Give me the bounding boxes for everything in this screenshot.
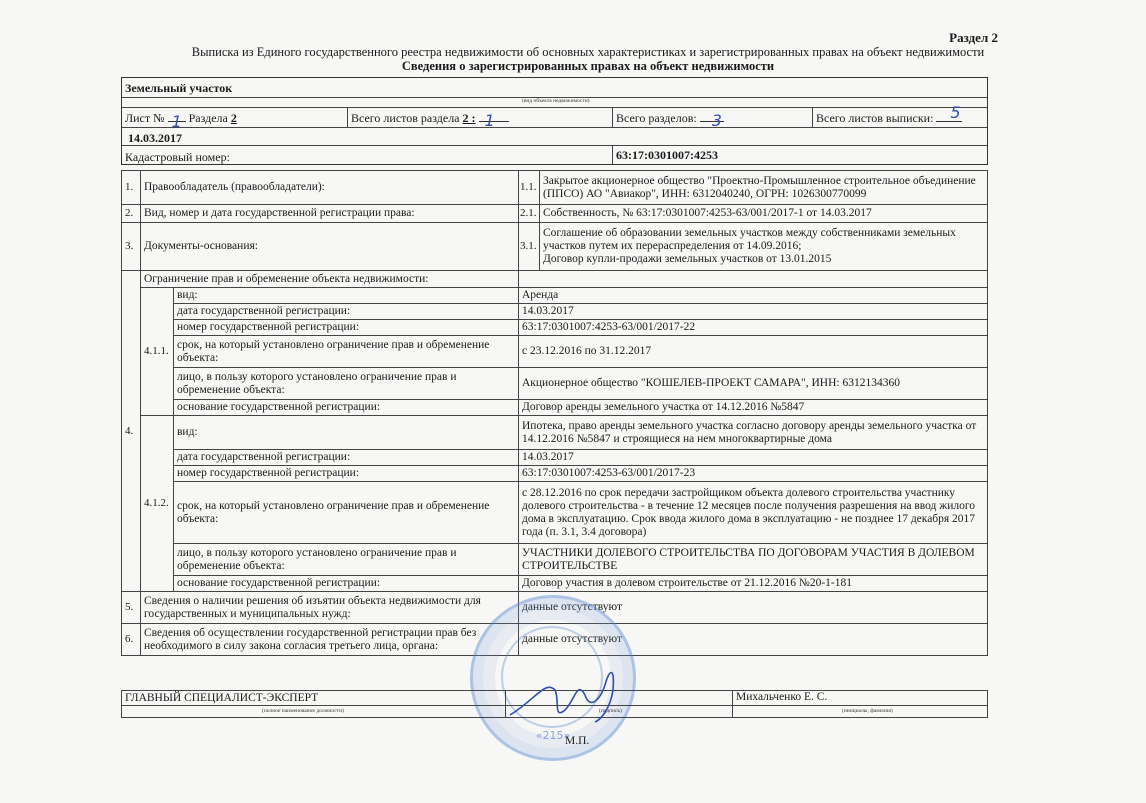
holder-label: Правообладатель (правообладатели): (141, 171, 519, 205)
holder-value: Закрытое акционерное общество "Проектно-… (540, 171, 988, 205)
object-type-caption: (вид объекта недвижимости) (522, 98, 590, 104)
cadastral-number: 63:17:0301007:4253 (616, 148, 718, 163)
consent-label: Сведения об осуществлении государственно… (141, 624, 519, 656)
right-value: Собственность, № 63:17:0301007:4253-63/0… (540, 205, 988, 223)
seal-label: М.П. (565, 735, 589, 747)
encumbrance-label: Ограничение прав и обременение объекта н… (141, 271, 519, 288)
total-sections: Всего разделов: 3 (616, 111, 724, 126)
signature-scribble (505, 660, 625, 735)
sheet-number-handwritten: 1 (172, 112, 182, 131)
object-type: Земельный участок (125, 81, 232, 96)
extract-date: 14.03.2017 (128, 131, 182, 146)
position-title: ГЛАВНЫЙ СПЕЦИАЛИСТ-ЭКСПЕРТ (125, 692, 318, 704)
object-header-box: Земельный участок (вид объекта недвижимо… (121, 77, 988, 165)
table-row: 2. Вид, номер и дата государственной рег… (122, 205, 988, 223)
cadastral-label: Кадастровый номер: (125, 150, 230, 165)
sheet-label: Лист № 1 Раздела 2 (125, 111, 237, 126)
table-row: 3. Документы-основания: 3.1. Соглашение … (122, 223, 988, 271)
position-caption: (полное наименование должности) (262, 708, 344, 714)
document-subtitle: Сведения о зарегистрированных правах на … (0, 59, 1146, 74)
name-caption: (инициалы, фамилия) (842, 708, 893, 714)
signer-name: Михальченко Е. С. (736, 691, 827, 703)
total-sheets-section: Всего листов раздела 2 : 1 (351, 111, 509, 126)
documents-value: Соглашение об образовании земельных учас… (540, 223, 988, 271)
table-row: 1. Правообладатель (правообладатели): 1.… (122, 171, 988, 205)
document-title: Выписка из Единого государственного реес… (0, 45, 1146, 60)
total-sheets: Всего листов выписки: 5 (816, 111, 962, 126)
right-label: Вид, номер и дата государственной регист… (141, 205, 519, 223)
documents-label: Документы-основания: (141, 223, 519, 271)
table-row: 4. Ограничение прав и обременение объект… (122, 271, 988, 288)
rights-table: 1. Правообладатель (правообладатели): 1.… (121, 170, 988, 656)
seizure-label: Сведения о наличии решения об изъятии об… (141, 592, 519, 624)
section-label: Раздел 2 (949, 30, 998, 46)
